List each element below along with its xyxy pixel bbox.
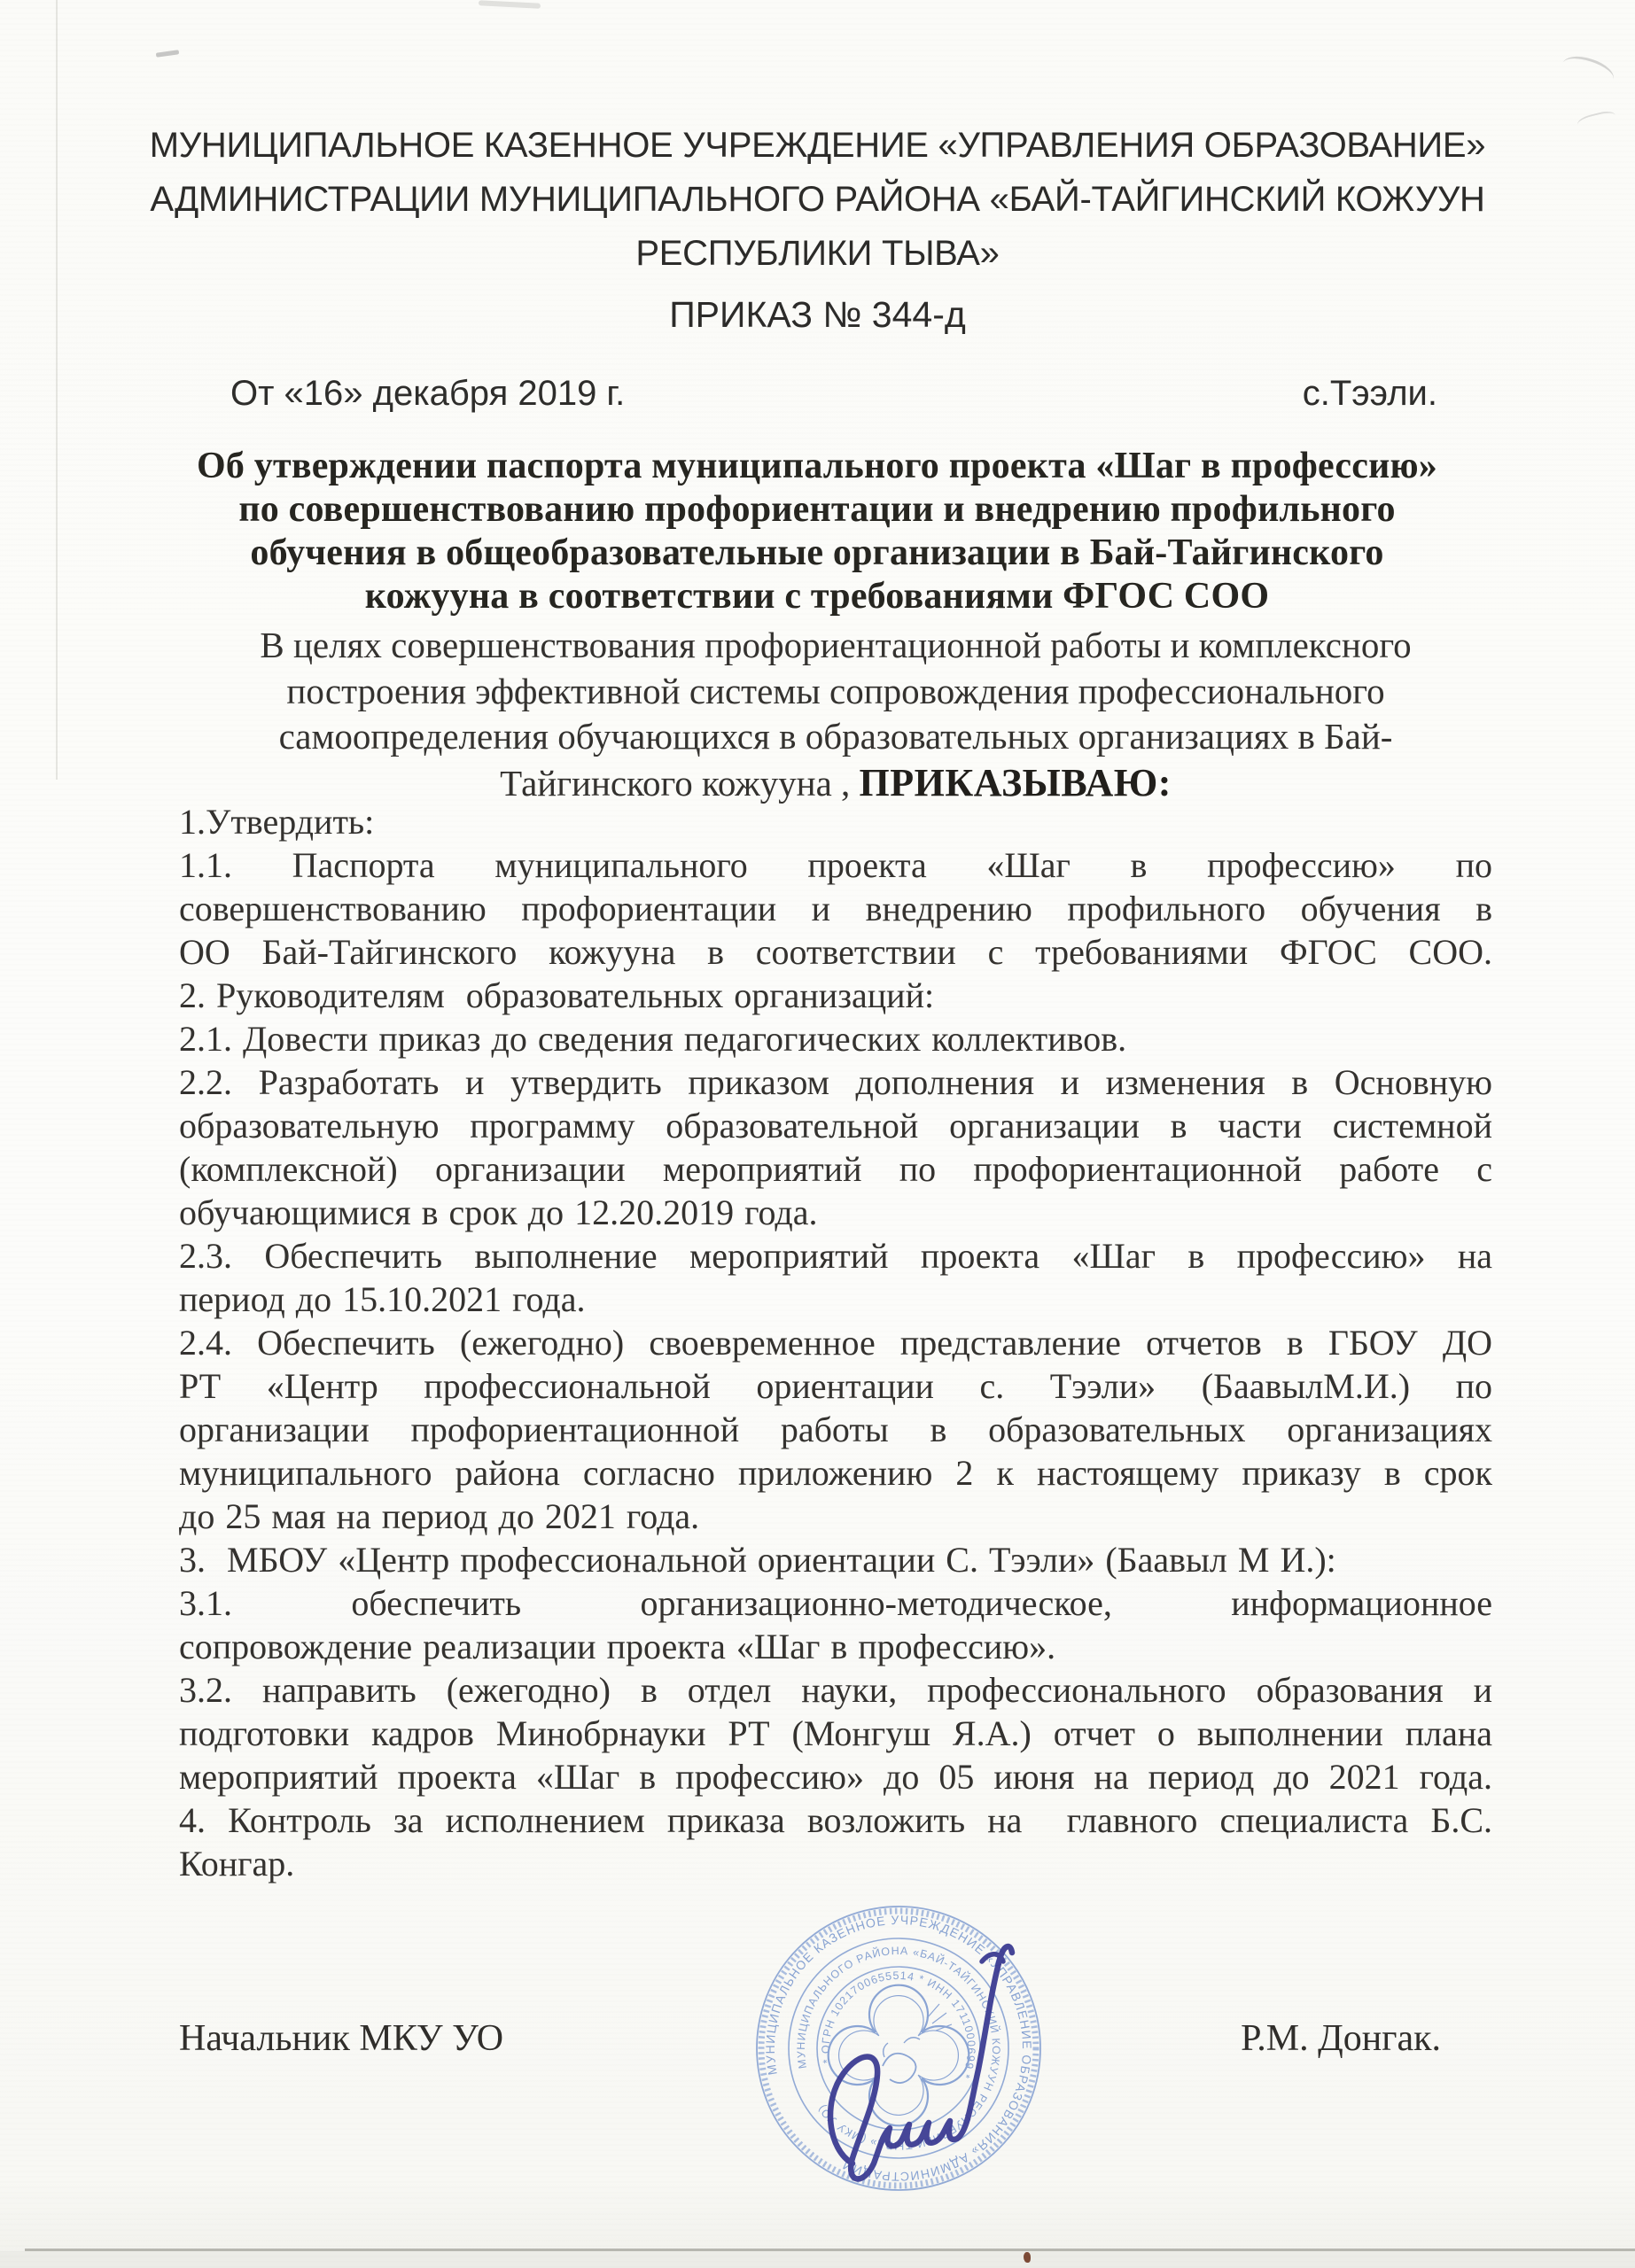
signatory-name: Р.М. Донгак.	[1241, 2016, 1492, 2061]
preamble-line: самоопределения обучающихся в образовате…	[179, 714, 1492, 760]
order-body: 1.Утвердить: 1.1. Паспорта муниципальног…	[179, 800, 1492, 1885]
preamble-line: построения эффективной системы сопровожд…	[179, 669, 1492, 715]
scan-speck	[1024, 2252, 1031, 2263]
org-name-line: РЕСПУБЛИКИ ТЫВА»	[0, 227, 1635, 281]
body-line: образовательную программу образовательно…	[179, 1104, 1492, 1147]
stamp-emblem	[829, 1985, 969, 2126]
body-line: обучающимися в срок до 12.20.2019 года.	[179, 1191, 1492, 1234]
stamp-graphic: МУНИЦИПАЛЬНОЕ КАЗЕННОЕ УЧРЕЖДЕНИЕ «УПРАВ…	[737, 1887, 1059, 2209]
body-line: 2.4. Обеспечить (ежегодно) своевременное…	[179, 1321, 1492, 1364]
body-line: 2. Руководителям образовательных организ…	[179, 974, 1492, 1017]
subject-line: Об утверждении паспорта муниципального п…	[152, 445, 1482, 488]
order-date: От «16» декабря 2019 г.	[179, 372, 625, 415]
subject-line: обучения в общеобразовательные организац…	[152, 532, 1482, 575]
body-line: 3.2. направить (ежегодно) в отдел науки,…	[179, 1668, 1492, 1712]
preamble-line-text: Тайгинского кожууна ,	[500, 763, 850, 804]
order-number: ПРИКАЗ № 344-д	[0, 293, 1635, 336]
body-line: организации профориентационной работы в …	[179, 1408, 1492, 1451]
preamble-line: В целях совершенствования профориентацио…	[179, 623, 1492, 669]
org-name-line: АДМИНИСТРАЦИИ МУНИЦИПАЛЬНОГО РАЙОНА «БАЙ…	[0, 173, 1635, 227]
scan-smudge	[479, 0, 541, 9]
date-place-row: От «16» декабря 2019 г. с.Тээли.	[179, 372, 1492, 415]
order-place: с.Тээли.	[1303, 372, 1492, 415]
official-stamp: МУНИЦИПАЛЬНОЕ КАЗЕННОЕ УЧРЕЖДЕНИЕ «УПРАВ…	[730, 1878, 1067, 2215]
body-line: муниципального района согласно приложени…	[179, 1451, 1492, 1495]
scan-edge-strip	[0, 2251, 1635, 2268]
body-line: мероприятий проекта «Шаг в профессию» до…	[179, 1755, 1492, 1798]
body-line: 1.Утвердить:	[179, 800, 1492, 843]
scanned-order-document: МУНИЦИПАЛЬНОЕ КАЗЕННОЕ УЧРЕЖДЕНИЕ «УПРАВ…	[0, 0, 1635, 2268]
body-line: сопровождение реализации проекта «Шаг в …	[179, 1625, 1492, 1668]
scan-smudge	[156, 50, 179, 58]
body-line: подготовки кадров Минобрнауки РТ (Монгуш…	[179, 1712, 1492, 1755]
body-line: (комплексной) организации мероприятий по…	[179, 1147, 1492, 1191]
body-line: 3. МБОУ «Центр профессиональной ориентац…	[179, 1538, 1492, 1581]
org-header: МУНИЦИПАЛЬНОЕ КАЗЕННОЕ УЧРЕЖДЕНИЕ «УПРАВ…	[0, 119, 1635, 281]
body-line: 1.1. Паспорта муниципального проекта «Ша…	[179, 843, 1492, 887]
body-line: 2.1. Довести приказ до сведения педагоги…	[179, 1017, 1492, 1060]
body-line: совершенствованию профориентации и внедр…	[179, 887, 1492, 930]
body-line: период до 15.10.2021 года.	[179, 1278, 1492, 1321]
body-line: РТ «Центр профессиональной ориентации с.…	[179, 1364, 1492, 1408]
scan-crease	[56, 0, 58, 780]
body-line: 4. Контроль за исполнением приказа возло…	[179, 1798, 1492, 1842]
stamp-ring-text-outer: МУНИЦИПАЛЬНОЕ КАЗЕННОЕ УЧРЕЖДЕНИЕ «УПРАВ…	[737, 1887, 1059, 2209]
body-line: 3.1. обеспечить организационно-методичес…	[179, 1581, 1492, 1625]
signatory-title: Начальник МКУ УО	[179, 2016, 503, 2061]
subject-line: по совершенствованию профориентации и вн…	[152, 488, 1482, 532]
order-subject: Об утверждении паспорта муниципального п…	[152, 445, 1482, 618]
body-line: 2.3. Обеспечить выполнение мероприятий п…	[179, 1234, 1492, 1278]
body-line: ОО Бай-Тайгинского кожууна в соответстви…	[179, 930, 1492, 974]
scan-smudge	[1559, 50, 1617, 91]
org-name-line: МУНИЦИПАЛЬНОЕ КАЗЕННОЕ УЧРЕЖДЕНИЕ «УПРАВ…	[0, 119, 1635, 173]
body-line: до 25 мая на период до 2021 года.	[179, 1495, 1492, 1538]
body-line: 2.2. Разработать и утвердить приказом до…	[179, 1060, 1492, 1104]
subject-line: кожууна в соответствии с требованиями ФГ…	[152, 575, 1482, 618]
preamble: В целях совершенствования профориентацио…	[179, 623, 1492, 806]
prikazyvayu-keyword: ПРИКАЗЫВАЮ:	[860, 761, 1172, 804]
